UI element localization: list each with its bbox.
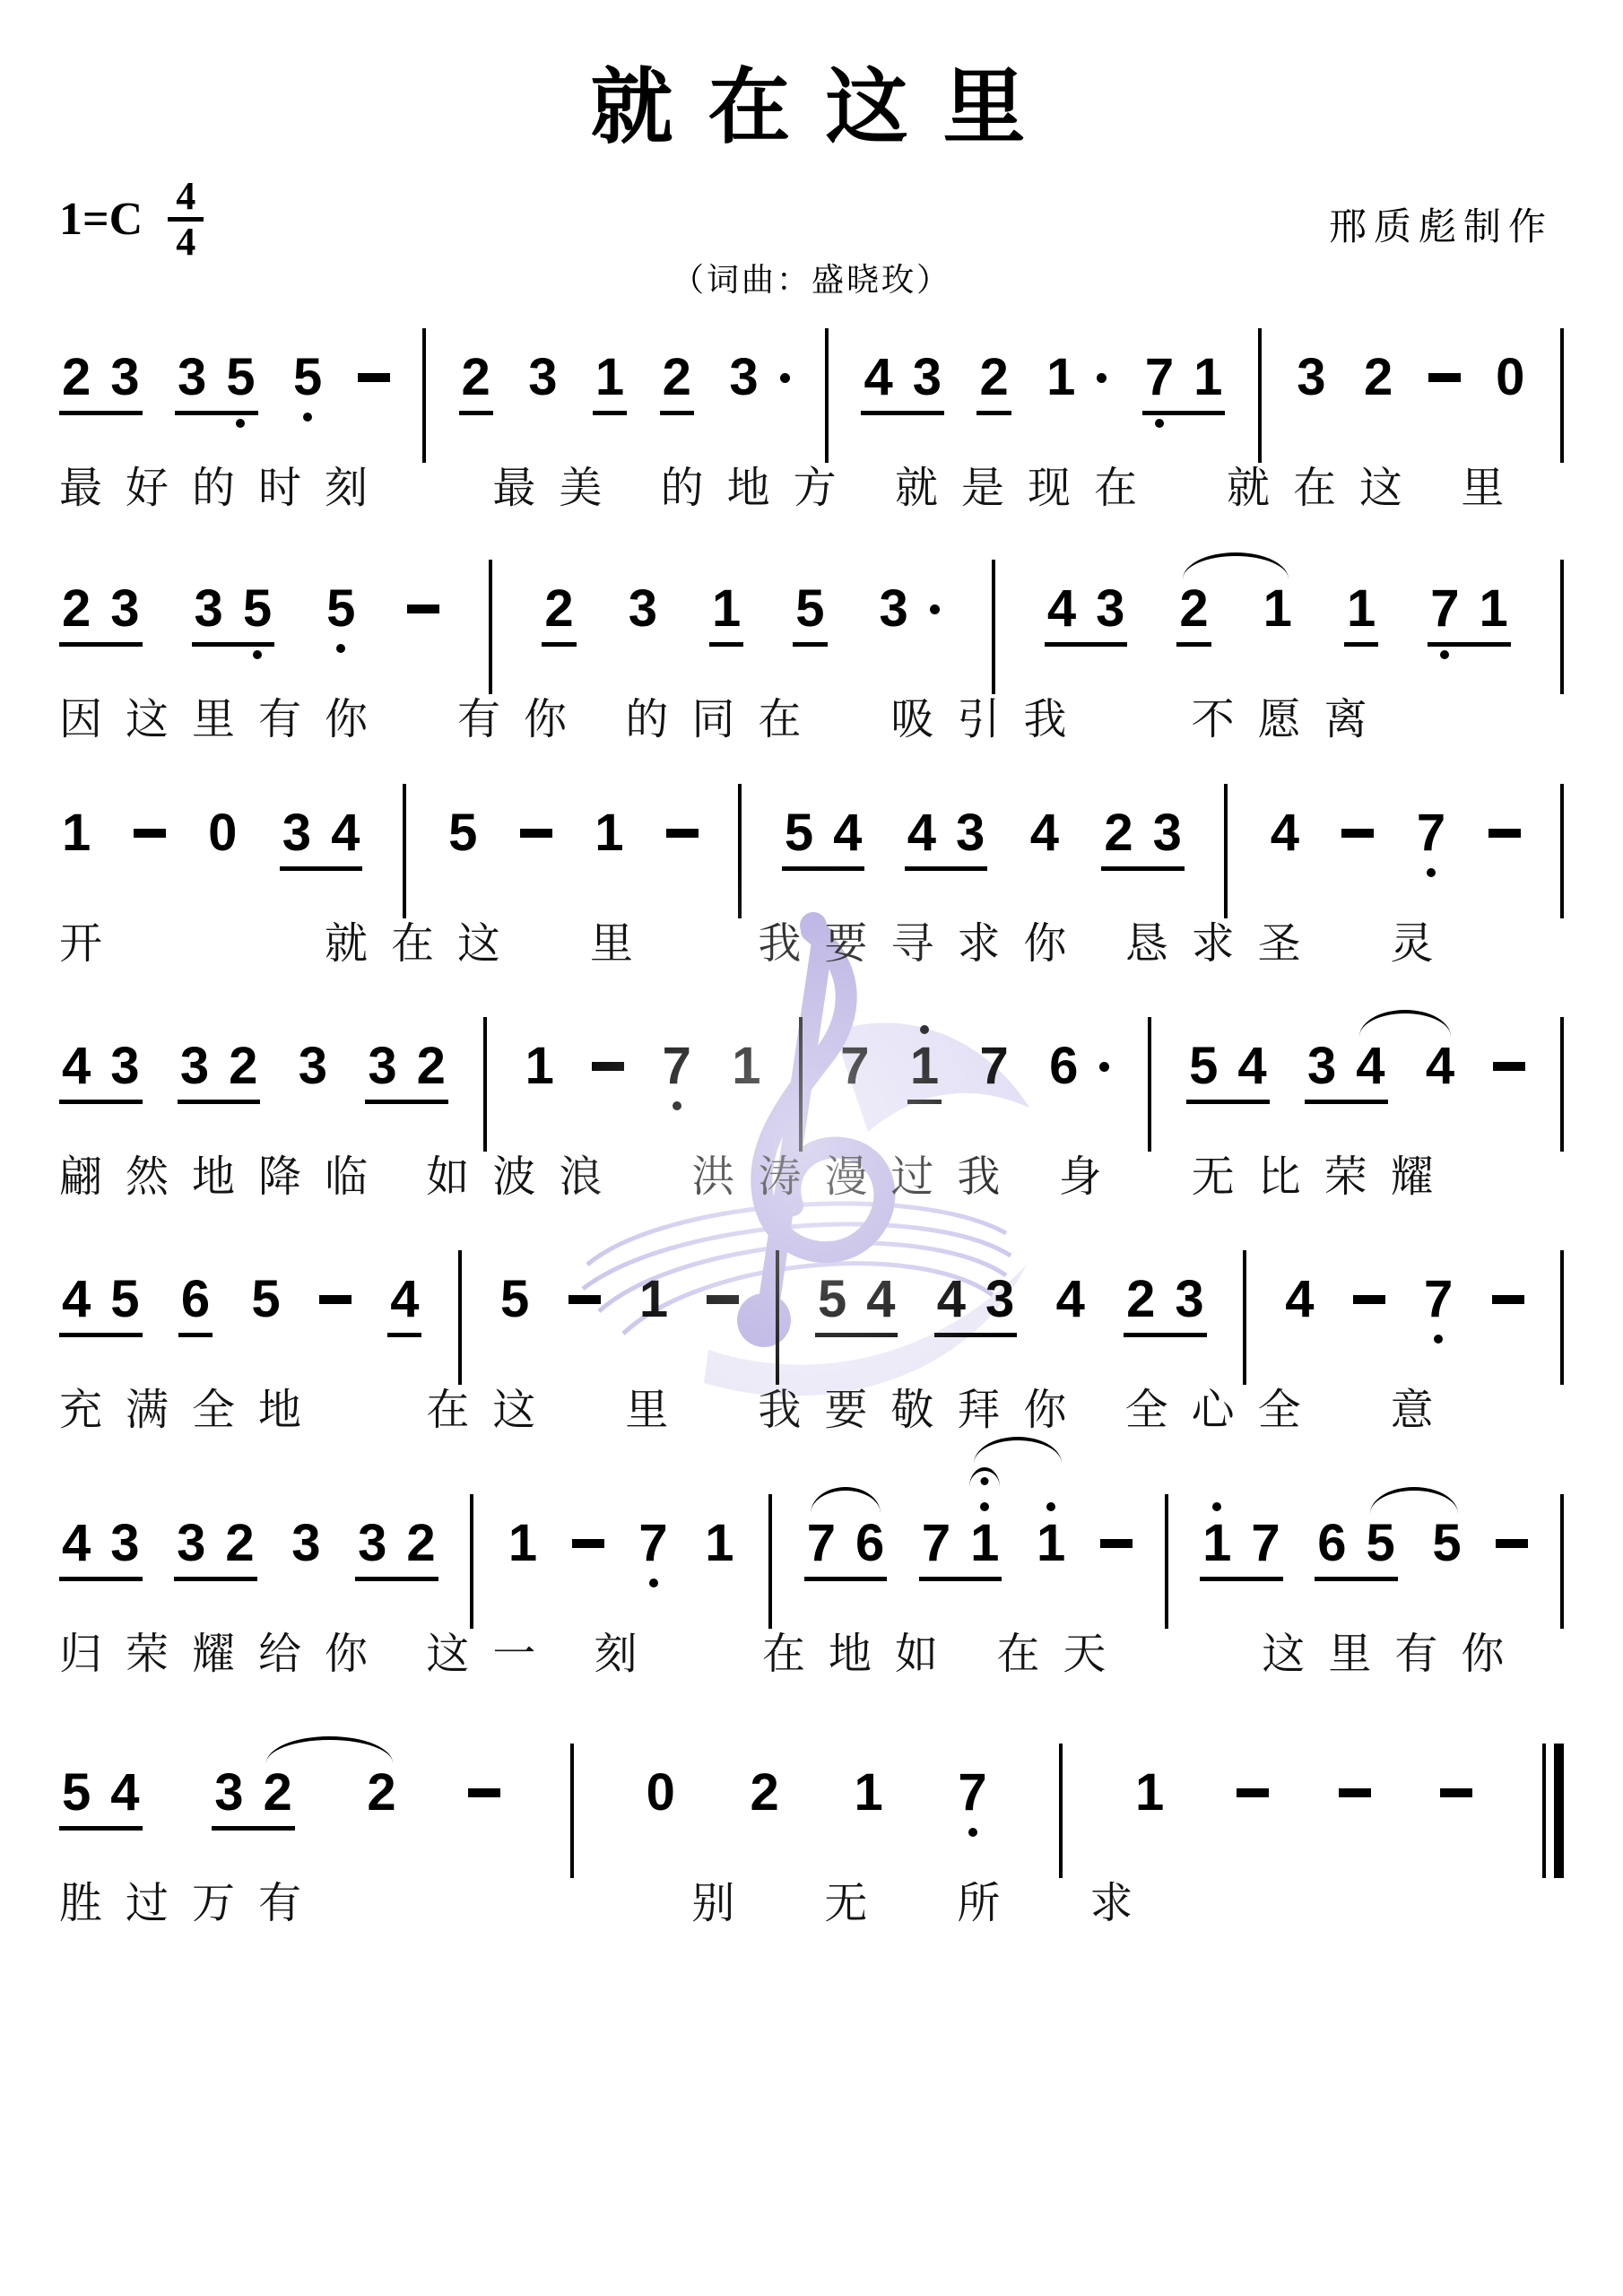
beamed-note-group: 2 — [660, 352, 694, 415]
note-digit: 1 — [639, 1274, 668, 1326]
note: 1 — [970, 1518, 999, 1570]
note: 6 — [855, 1518, 884, 1570]
beamed-note-group: 43 — [1045, 583, 1128, 647]
octave-dot-high — [1046, 1502, 1055, 1511]
note: 7 — [807, 1518, 836, 1570]
barline — [403, 784, 406, 918]
note: 2 — [544, 583, 573, 635]
note: 4 — [62, 1040, 91, 1092]
note: 4 — [907, 807, 936, 859]
slur-tie-arc — [1183, 552, 1289, 579]
note: 3 — [956, 807, 985, 859]
note-digit: 2 — [62, 583, 91, 635]
note: 7 — [980, 1040, 1009, 1092]
note-digit: 3 — [214, 1767, 243, 1819]
note-digit: 4 — [390, 1274, 419, 1326]
beamed-note-group: 76 — [804, 1518, 888, 1581]
note-cell: 3 — [877, 583, 942, 642]
music-line: 23355231534321171因这里有你 有你 的同在 吸引我 不愿离 — [59, 583, 1564, 746]
duration-dash — [319, 1295, 352, 1304]
note-digit: 2 — [663, 352, 691, 404]
note-digit: 3 — [1153, 807, 1182, 859]
octave-dot-low — [1434, 1335, 1443, 1344]
note-digit: 2 — [1179, 583, 1208, 635]
barline — [768, 1494, 772, 1629]
note-cell: 2 — [1361, 352, 1395, 411]
note-digit: 4 — [1356, 1040, 1384, 1092]
beamed-note-group: 34 — [280, 807, 363, 871]
note: 2 — [1126, 1274, 1155, 1326]
note-cell: 1 — [1133, 1767, 1167, 1826]
note: 7 — [1424, 1274, 1453, 1326]
beamed-note-group: 1 — [907, 1040, 942, 1104]
barline — [1560, 1017, 1564, 1152]
note-digit: 3 — [291, 1518, 320, 1570]
note: 7 — [1145, 352, 1174, 404]
note-digit: 1 — [1202, 1518, 1231, 1570]
note: 5 — [448, 807, 477, 859]
music-line: 2335523123432171320最好的时刻 最美 的地方 就是现在 就在这… — [59, 352, 1564, 515]
beamed-note-group: 54 — [782, 807, 865, 871]
note-cell: 5 — [498, 1274, 532, 1333]
note: 3 — [1297, 352, 1325, 404]
slur-tie-arc — [974, 1437, 1062, 1464]
beamed-note-group: 35 — [192, 583, 275, 647]
note-digit: 5 — [1432, 1518, 1461, 1570]
beamed-note-group: 71 — [1428, 583, 1511, 647]
note: 1 — [1479, 583, 1507, 635]
beamed-note-group: 23 — [59, 583, 143, 647]
augmentation-dot — [1097, 373, 1107, 383]
note: 4 — [1030, 807, 1059, 859]
note: 4 — [937, 1274, 966, 1326]
note-cell: 7 — [1421, 1274, 1455, 1333]
beamed-note-group: 1 — [709, 583, 743, 647]
note-cell: 3 — [296, 1040, 330, 1100]
beamed-note-group: 23 — [1124, 1274, 1207, 1337]
note: 6 — [1049, 1040, 1078, 1092]
beamed-note-group: 71 — [919, 1518, 1002, 1581]
note-cell: 1 — [1044, 352, 1109, 411]
note-digit: 4 — [110, 1767, 139, 1819]
note-cell: 7 — [838, 1040, 872, 1100]
note: 7 — [840, 1040, 869, 1092]
note-digit: 1 — [62, 807, 91, 859]
note-digit: 5 — [500, 1274, 529, 1326]
note: 6 — [181, 1274, 210, 1326]
note: 2 — [62, 583, 91, 635]
note-digit: 5 — [293, 352, 322, 404]
note: 7 — [958, 1767, 986, 1819]
note-digit: 1 — [910, 1040, 939, 1092]
note-digit: 3 — [368, 1040, 396, 1092]
sheet-music-page: 就 在 这 里 1=C 4 4 邢质彪制作 （词曲：盛晓玫） 233552312… — [0, 0, 1623, 2296]
note: 1 — [1347, 583, 1376, 635]
note: 3 — [913, 352, 942, 404]
lyrics-row: 充满全地 在这 里 我要敬拜你 全心全 意 — [59, 1385, 1564, 1437]
note-cell: 0 — [205, 807, 239, 866]
note-cell: 5 — [291, 352, 325, 411]
note-digit: 2 — [751, 1767, 779, 1819]
note: 3 — [985, 1274, 1014, 1326]
lyrics-row: 最好的时刻 最美 的地方 就是现在 就在这 里 — [59, 463, 1564, 515]
note-cell: 7 — [955, 1767, 989, 1826]
note-cell: 3 — [626, 583, 660, 642]
fermata-icon — [969, 1467, 1000, 1487]
duration-dash — [1488, 829, 1521, 838]
note-digit: 5 — [226, 352, 255, 404]
octave-dot-high — [1212, 1502, 1221, 1511]
note-cell: 4 — [1423, 1040, 1457, 1100]
note-digit: 4 — [62, 1274, 91, 1326]
note-cell: 4 — [1268, 807, 1302, 866]
note-digit: 1 — [970, 1518, 999, 1570]
note: 3 — [528, 352, 557, 404]
note-digit: 3 — [629, 583, 657, 635]
note-digit: 3 — [913, 352, 942, 404]
note-digit: 3 — [110, 1518, 139, 1570]
note-digit: 3 — [180, 1040, 209, 1092]
note-digit: 4 — [1285, 1274, 1314, 1326]
duration-dash — [520, 829, 552, 838]
note-cell: 5 — [446, 807, 480, 866]
note-digit: 5 — [243, 583, 272, 635]
note: 3 — [110, 583, 139, 635]
note-digit: 7 — [958, 1767, 986, 1819]
note-cell: 1 — [59, 807, 93, 866]
note-digit: 7 — [1430, 583, 1459, 635]
note-cell: 2 — [364, 1767, 398, 1826]
note: 0 — [208, 807, 237, 859]
duration-dash — [1493, 1062, 1525, 1071]
final-barline — [1542, 1744, 1564, 1878]
notes-row: 23355231534321171 — [59, 583, 1564, 669]
beamed-note-group: 34 — [1305, 1040, 1388, 1104]
note: 0 — [647, 1767, 675, 1819]
note-cell: 5 — [1429, 1518, 1463, 1577]
beamed-note-group: 1 — [593, 352, 627, 415]
note: 5 — [500, 1274, 529, 1326]
note: 2 — [406, 1518, 435, 1570]
note-digit: 4 — [1056, 1274, 1085, 1326]
note-cell: 3 — [289, 1518, 323, 1577]
notes-row: 5432202171 — [59, 1767, 1564, 1853]
note: 1 — [1202, 1518, 1231, 1570]
note: 2 — [229, 1040, 257, 1092]
beamed-note-group: 2 — [459, 352, 493, 415]
key-signature: 1=C 4 4 — [59, 178, 204, 261]
notes-row: 43323321717671117655 — [59, 1518, 1564, 1604]
note: 7 — [1251, 1518, 1280, 1570]
barline — [799, 1017, 803, 1152]
note: 4 — [390, 1274, 419, 1326]
note-digit: 1 — [1479, 583, 1507, 635]
note: 3 — [1307, 1040, 1336, 1092]
beamed-note-group: 32 — [178, 1040, 261, 1104]
note: 5 — [785, 807, 813, 859]
note-digit: 2 — [1126, 1274, 1155, 1326]
lyrics-row: 胜过万有 别 无 所 求 — [59, 1878, 1564, 1930]
note-digit: 7 — [840, 1040, 869, 1092]
beamed-note-group: 2 — [1176, 583, 1211, 647]
duration-dash — [1353, 1295, 1385, 1304]
note-digit: 6 — [855, 1518, 884, 1570]
note-digit: 2 — [62, 352, 91, 404]
note: 0 — [1496, 352, 1524, 404]
note: 4 — [864, 352, 892, 404]
note-cell: 3 — [525, 352, 560, 411]
note-digit: 4 — [833, 807, 862, 859]
duration-dash — [1237, 1788, 1269, 1797]
note: 1 — [62, 807, 91, 859]
note-digit: 4 — [1047, 583, 1076, 635]
final-barline-thin — [1542, 1744, 1546, 1878]
note: 3 — [368, 1040, 396, 1092]
note-digit: 7 — [638, 1518, 667, 1570]
duration-dash — [134, 829, 166, 838]
duration-dash — [707, 1295, 739, 1304]
note: 3 — [177, 1518, 205, 1570]
note-cell: 5 — [248, 1274, 282, 1333]
barline — [489, 560, 492, 694]
note: 4 — [62, 1274, 91, 1326]
note: 3 — [1175, 1274, 1203, 1326]
note-digit: 1 — [1263, 583, 1292, 635]
beamed-note-group: 23 — [59, 352, 143, 415]
note-digit: 3 — [985, 1274, 1014, 1326]
note: 4 — [62, 1518, 91, 1570]
note-cell: 6 — [1046, 1040, 1112, 1100]
note-digit: 1 — [508, 1518, 537, 1570]
lyrics-row: 因这里有你 有你 的同在 吸引我 不愿离 — [59, 694, 1564, 746]
note-digit: 6 — [181, 1274, 210, 1326]
note: 2 — [751, 1767, 779, 1819]
note: 3 — [195, 583, 223, 635]
barline — [1258, 328, 1262, 463]
note-digit: 4 — [1237, 1040, 1266, 1092]
note-digit: 3 — [195, 583, 223, 635]
note: 2 — [1179, 583, 1208, 635]
note-digit: 5 — [1189, 1040, 1218, 1092]
note: 4 — [331, 807, 360, 859]
note: 3 — [880, 583, 908, 635]
music-line: 43323321717671117655归荣耀给你 这一 刻 在地如 在天 这里… — [59, 1518, 1564, 1681]
octave-dot-high — [920, 1025, 929, 1034]
note-cell: 1 — [851, 1767, 885, 1826]
note-digit: 0 — [208, 807, 237, 859]
note: 4 — [866, 1274, 895, 1326]
note-digit: 4 — [866, 1274, 895, 1326]
note-digit: 4 — [864, 352, 892, 404]
note: 5 — [795, 583, 824, 635]
note-digit: 3 — [956, 807, 985, 859]
note: 1 — [595, 352, 624, 404]
barline — [1560, 560, 1564, 694]
note: 3 — [178, 352, 206, 404]
note-digit: 2 — [1364, 352, 1393, 404]
note-digit: 4 — [62, 1040, 91, 1092]
beamed-note-group: 45 — [59, 1274, 143, 1337]
beamed-note-group: 23 — [1101, 807, 1185, 871]
octave-dot-low — [236, 419, 245, 428]
note-cell: 1 — [592, 807, 626, 866]
octave-dot-low — [1440, 650, 1449, 659]
duration-dash — [592, 1062, 624, 1071]
octave-dot-low — [1427, 868, 1436, 877]
duration-dash — [1339, 1788, 1371, 1797]
note-digit: 5 — [326, 583, 355, 635]
beamed-note-group: 17 — [1200, 1518, 1283, 1581]
note: 2 — [263, 1767, 291, 1819]
note: 4 — [1271, 807, 1299, 859]
note-cell: 1 — [506, 1518, 540, 1577]
octave-dot-low — [253, 650, 262, 659]
note: 1 — [1263, 583, 1292, 635]
sheet-content: 就 在 这 里 1=C 4 4 邢质彪制作 （词曲：盛晓玫） 233552312… — [0, 0, 1623, 2296]
beamed-note-group: 32 — [212, 1767, 295, 1831]
barline — [1148, 1017, 1151, 1152]
note-digit: 2 — [367, 1767, 395, 1819]
note: 4 — [1356, 1040, 1384, 1092]
duration-dash — [1492, 1295, 1524, 1304]
beamed-note-group: 2 — [976, 352, 1011, 415]
note-digit: 7 — [1145, 352, 1174, 404]
note-cell: 2 — [748, 1767, 782, 1826]
note: 1 — [1046, 352, 1075, 404]
note: 1 — [712, 583, 741, 635]
note: 1 — [1193, 352, 1222, 404]
note-digit: 2 — [417, 1040, 446, 1092]
barline — [458, 1250, 462, 1385]
duration-dash — [572, 1539, 604, 1548]
note-cell: 7 — [1414, 807, 1448, 866]
note: 2 — [1104, 807, 1133, 859]
note: 4 — [1285, 1274, 1314, 1326]
barline — [1560, 784, 1564, 918]
note: 5 — [326, 583, 355, 635]
lyrics-row: 翩然地降临 如波浪 洪涛漫过我 身 无比荣耀 — [59, 1152, 1564, 1204]
augmentation-dot — [930, 604, 940, 614]
note: 1 — [732, 1040, 760, 1092]
note: 5 — [1432, 1518, 1461, 1570]
beamed-note-group: 2 — [542, 583, 576, 647]
note: 5 — [1189, 1040, 1218, 1092]
note-digit: 5 — [785, 807, 813, 859]
note-cell: 4 — [1282, 1274, 1316, 1333]
note: 2 — [62, 352, 91, 404]
barline — [1560, 1494, 1564, 1629]
note-digit: 1 — [595, 352, 624, 404]
note: 3 — [729, 352, 758, 404]
barline — [1165, 1494, 1168, 1629]
note: 1 — [595, 807, 623, 859]
note-digit: 1 — [1347, 583, 1376, 635]
octave-dot-low — [968, 1828, 977, 1837]
note-digit: 3 — [1297, 352, 1325, 404]
barline — [738, 784, 742, 918]
beamed-note-group: 43 — [861, 352, 944, 415]
beamed-note-group: 43 — [59, 1040, 143, 1104]
note: 7 — [663, 1040, 691, 1092]
note-digit: 1 — [712, 583, 741, 635]
note-digit: 5 — [251, 1274, 280, 1326]
duration-dash — [1428, 373, 1461, 382]
note: 2 — [663, 352, 691, 404]
music-line: 4332332171717654344翩然地降临 如波浪 洪涛漫过我 身 无比荣… — [59, 1040, 1564, 1204]
note-digit: 2 — [263, 1767, 291, 1819]
note: 5 — [110, 1274, 139, 1326]
note-cell: 1 — [1034, 1518, 1068, 1577]
beamed-note-group: 4 — [387, 1274, 421, 1337]
duration-dash — [666, 829, 699, 838]
lyrics-row: 开 就在这 里 我要寻求你 恳求圣 灵 — [59, 918, 1564, 970]
note-cell: 7 — [977, 1040, 1011, 1100]
note: 5 — [293, 352, 322, 404]
note: 1 — [1037, 1518, 1065, 1570]
barline — [483, 1017, 487, 1152]
final-barline-thick — [1554, 1744, 1564, 1878]
note-digit: 2 — [406, 1518, 435, 1570]
note: 1 — [525, 1040, 554, 1092]
note-digit: 7 — [980, 1040, 1009, 1092]
note-cell: 3 — [726, 352, 792, 411]
duration-dash — [358, 373, 390, 382]
note: 7 — [638, 1518, 667, 1570]
note-digit: 6 — [1317, 1518, 1346, 1570]
barline — [1059, 1744, 1063, 1878]
barline — [776, 1250, 779, 1385]
note: 2 — [1364, 352, 1393, 404]
note-digit: 7 — [1424, 1274, 1453, 1326]
note-digit: 3 — [282, 807, 311, 859]
note-digit: 3 — [110, 352, 139, 404]
note-digit: 3 — [880, 583, 908, 635]
beamed-note-group: 35 — [175, 352, 258, 415]
barline — [825, 328, 829, 463]
note: 7 — [922, 1518, 950, 1570]
note: 1 — [1135, 1767, 1164, 1819]
duration-dash — [1440, 1788, 1472, 1797]
song-title: 就 在 这 里 — [0, 63, 1623, 153]
notes-row: 2335523123432171320 — [59, 352, 1564, 438]
slur-tie-arc — [811, 1487, 881, 1514]
note-digit: 2 — [544, 583, 573, 635]
beamed-note-group: 43 — [59, 1518, 143, 1581]
note-cell: 7 — [636, 1518, 670, 1577]
duration-dash — [407, 604, 439, 613]
note: 1 — [639, 1274, 668, 1326]
note: 4 — [1426, 1040, 1454, 1092]
note-digit: 3 — [110, 583, 139, 635]
note-digit: 5 — [1367, 1518, 1395, 1570]
octave-dot-low — [1155, 419, 1164, 428]
note-cell: 1 — [729, 1040, 763, 1100]
time-signature: 4 4 — [168, 178, 204, 261]
barline — [992, 560, 995, 694]
note: 5 — [1367, 1518, 1395, 1570]
time-signature-numerator: 4 — [176, 178, 195, 215]
note-digit: 1 — [1193, 352, 1222, 404]
beamed-note-group: 32 — [355, 1518, 438, 1581]
note: 5 — [243, 583, 272, 635]
note-digit: 3 — [1175, 1274, 1203, 1326]
slur-tie-arc — [1370, 1487, 1458, 1514]
note-digit: 3 — [1307, 1040, 1336, 1092]
note-digit: 1 — [705, 1518, 733, 1570]
music-line: 4565451544342347充满全地 在这 里 我要敬拜你 全心全 意 — [59, 1274, 1564, 1437]
note-digit: 1 — [1037, 1518, 1065, 1570]
beamed-note-group: 1 — [1344, 583, 1378, 647]
